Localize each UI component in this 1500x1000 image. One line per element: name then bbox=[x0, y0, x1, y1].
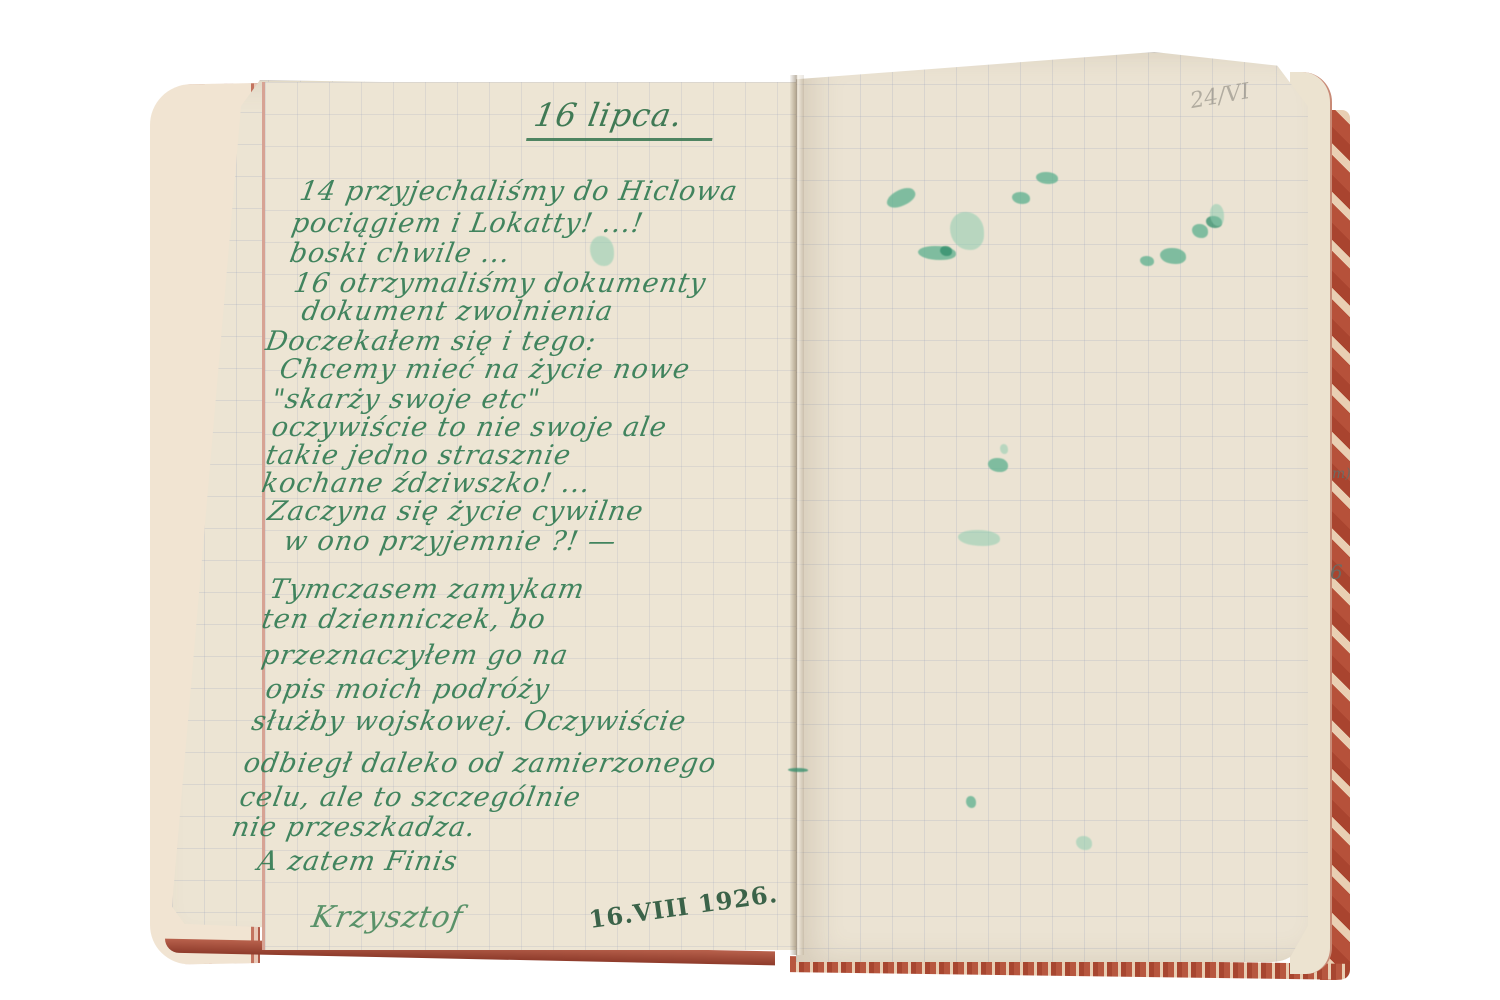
text-line: przeznaczyłem go na bbox=[259, 640, 571, 671]
text-line: Tymczasem zamykam bbox=[267, 574, 587, 605]
ink-stain bbox=[1076, 836, 1092, 850]
text-line: 16 otrzymaliśmy dokumenty bbox=[291, 268, 709, 299]
text-line: dokument zwolnienia bbox=[299, 296, 616, 327]
notebook-photo: 16 lipca. 14 przyjechaliśmy do Hiclowa p… bbox=[0, 0, 1500, 1000]
page-heading: 16 lipca. bbox=[526, 96, 720, 141]
text-line: takie jedno strasznie bbox=[263, 440, 574, 471]
ink-stain bbox=[966, 796, 976, 808]
text-line: Chcemy mieć na życie nowe bbox=[277, 354, 693, 385]
notebook-spine bbox=[790, 75, 804, 955]
ink-stain bbox=[1140, 256, 1154, 266]
ink-stain bbox=[788, 768, 808, 772]
text-line: pociągiem i Lokatty! ...! bbox=[289, 208, 646, 239]
text-line: ten dzienniczek, bo bbox=[259, 604, 548, 635]
ink-stain bbox=[988, 458, 1008, 472]
text-line: celu, ale to szczególnie bbox=[237, 782, 583, 813]
text-line: nie przeszkadza. bbox=[229, 812, 478, 843]
ink-stain bbox=[1000, 444, 1008, 454]
ink-stain bbox=[1036, 172, 1058, 184]
ink-stain bbox=[590, 236, 614, 266]
ink-stain bbox=[1160, 248, 1186, 264]
text-line: oczywiście to nie swoje ale bbox=[269, 412, 669, 443]
text-line: boski chwile ... bbox=[287, 238, 513, 269]
text-line: odbiegł daleko od zamierzonego bbox=[241, 748, 719, 779]
ink-stain bbox=[1012, 192, 1030, 204]
text-line: w ono przyjemnie ?! — bbox=[281, 526, 619, 557]
margin-mark: 6 bbox=[1330, 560, 1343, 584]
signature: Krzysztof bbox=[309, 900, 466, 935]
text-line: Doczekałem się i tego: bbox=[263, 326, 599, 357]
ink-stain bbox=[940, 246, 952, 256]
text-line: A zatem Finis bbox=[255, 846, 460, 877]
ink-stain bbox=[1210, 204, 1224, 226]
text-line: służby wojskowej. Oczywiście bbox=[249, 706, 689, 737]
margin-mark: m) bbox=[1332, 466, 1351, 482]
right-page bbox=[796, 52, 1308, 962]
text-line: "skarży swoje etc" bbox=[269, 384, 543, 415]
text-line: opis moich podróży bbox=[263, 674, 552, 705]
ink-stain bbox=[1192, 224, 1208, 238]
text-line: kochane ździwszko! ... bbox=[259, 468, 593, 499]
text-line: 14 przyjechaliśmy do Hiclowa bbox=[297, 176, 740, 207]
text-line: Zaczyna się życie cywilne bbox=[265, 496, 646, 527]
